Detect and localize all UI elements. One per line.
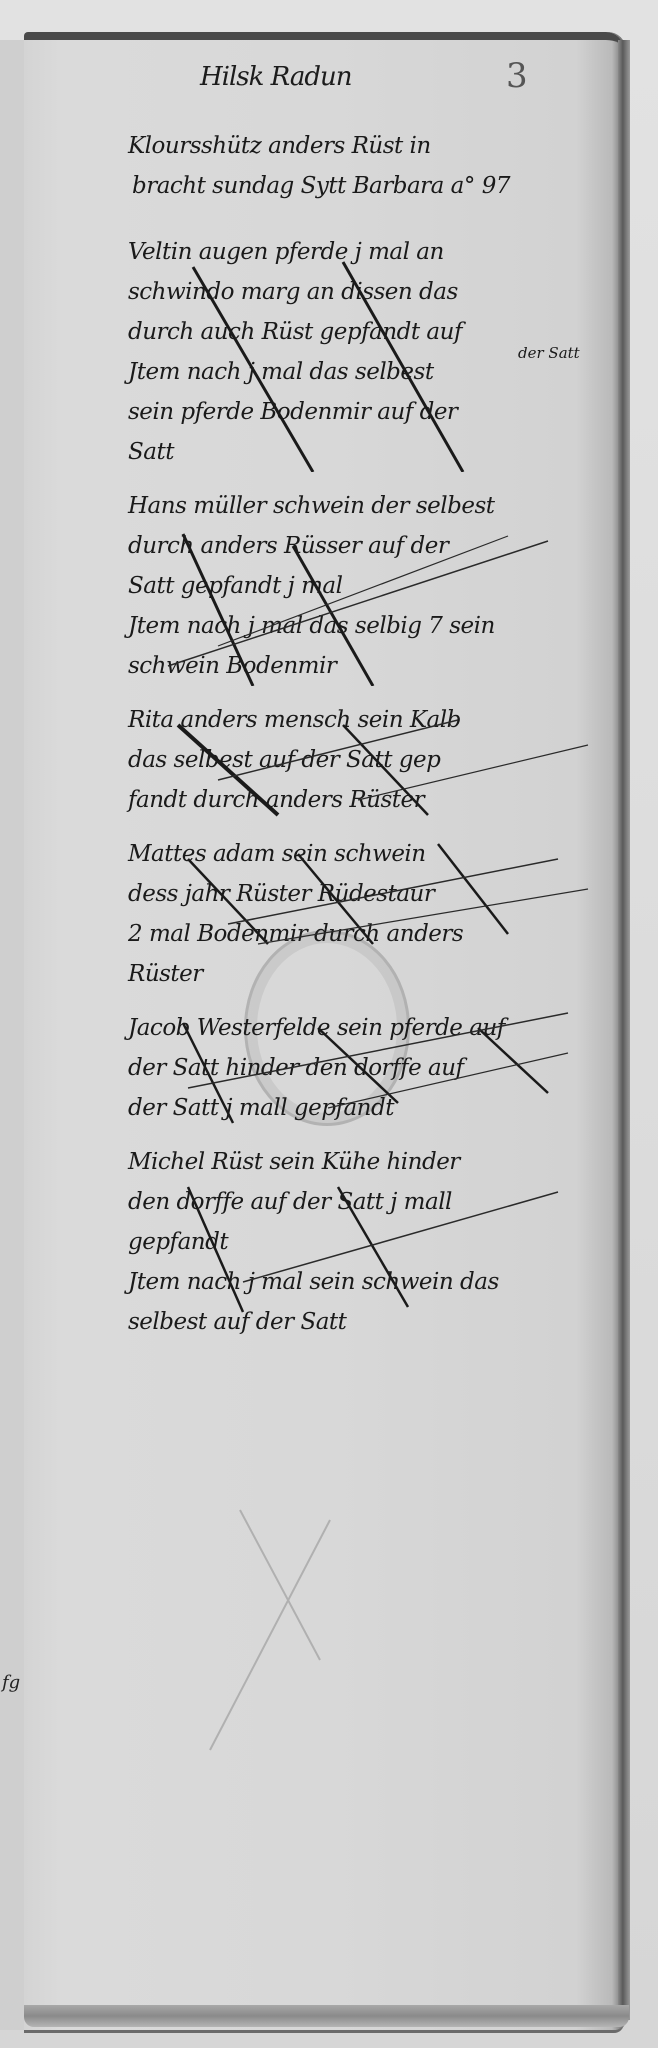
text-line: Kloursshütz anders Rüst in xyxy=(128,126,598,166)
faint-offset-x-mark xyxy=(200,1500,360,1760)
text-line: gepfandt xyxy=(128,1222,598,1262)
text-line: schwein Bodenmir xyxy=(128,646,598,686)
text-line: Satt gepfandt j mal xyxy=(128,566,598,606)
interlinear-note: der Satt xyxy=(518,344,580,362)
text-line: dess jahr Rüster Rüdestaur xyxy=(128,874,598,914)
text-line: schwindo marg an dissen das xyxy=(128,272,598,312)
text-line: 2 mal Bodenmir durch anders xyxy=(128,914,598,954)
text-line: den dorffe auf der Satt j mall xyxy=(128,1182,598,1222)
page-bottom-edge xyxy=(24,2005,629,2027)
text-line: Rüster xyxy=(128,954,598,994)
page-fore-edge xyxy=(618,40,630,2020)
text-line: durch anders Rüsser auf der xyxy=(128,526,598,566)
ledger-entry: Hans müller schwein der selbest durch an… xyxy=(128,486,598,686)
ledger-entry: Mattes adam sein schwein dess jahr Rüste… xyxy=(128,834,598,994)
margin-note: fg xyxy=(2,1672,20,1693)
folio-number: 3 xyxy=(506,56,528,96)
text-line: Veltin augen pferde j mal an xyxy=(128,232,598,272)
page-heading: Hilsk Radun xyxy=(200,62,351,92)
text-line: Mattes adam sein schwein xyxy=(128,834,598,874)
text-line: Hans müller schwein der selbest xyxy=(128,486,598,526)
text-line: Satt xyxy=(128,432,598,472)
text-line: Jacob Westerfelde sein pferde auf xyxy=(128,1008,598,1048)
text-line: Rita anders mensch sein Kalb xyxy=(128,700,598,740)
text-line: bracht sundag Sytt Barbara a° 97 xyxy=(128,166,598,206)
text-line: der Satt j mall gepfandt xyxy=(128,1088,598,1128)
ledger-entry: Jacob Westerfelde sein pferde auf der Sa… xyxy=(128,1008,598,1128)
text-line: das selbest auf der Satt gep xyxy=(128,740,598,780)
text-line: selbest auf der Satt xyxy=(128,1302,598,1342)
ledger-entry: Rita anders mensch sein Kalb das selbest… xyxy=(128,700,598,820)
page-header: Hilsk Radun 3 xyxy=(180,62,580,102)
ledger-entry: Veltin augen pferde j mal an schwindo ma… xyxy=(128,232,598,472)
text-line: Michel Rüst sein Kühe hinder xyxy=(128,1142,598,1182)
text-line: der Satt hinder den dorffe auf xyxy=(128,1048,598,1088)
text-line: Jtem nach j mal sein schwein das xyxy=(128,1262,598,1302)
text-line: Jtem nach j mal das selbig 7 sein xyxy=(128,606,598,646)
intro-entry: Kloursshütz anders Rüst in bracht sundag… xyxy=(128,126,598,206)
ledger-entry: Michel Rüst sein Kühe hinder den dorffe … xyxy=(128,1142,598,1342)
ledger-entries: Kloursshütz anders Rüst in bracht sundag… xyxy=(128,126,598,1356)
text-line: sein pferde Bodenmir auf der xyxy=(128,392,598,432)
text-line: fandt durch anders Rüster xyxy=(128,780,598,820)
